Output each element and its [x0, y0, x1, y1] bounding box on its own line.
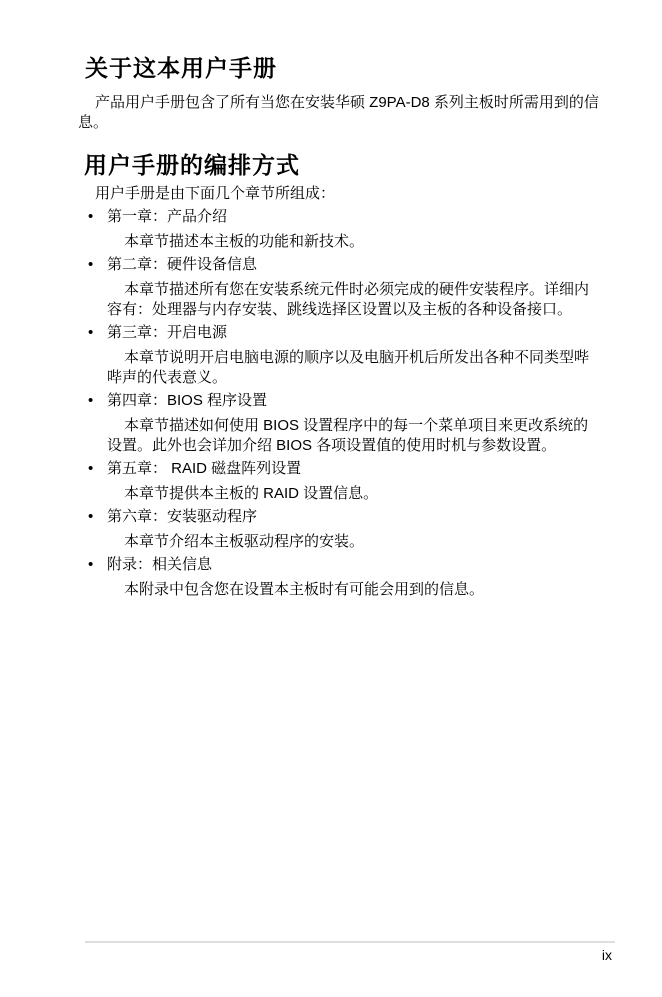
page-content: 关于这本用户手册 产品用户手册包含了所有当您在安装华硕 Z9PA-D8 系列主板…: [78, 54, 602, 602]
bullet-icon: •: [88, 507, 93, 527]
bullet-icon: •: [88, 391, 93, 411]
chapter-title: 第五章： RAID 磁盘阵列设置: [107, 460, 301, 477]
chapter-item: • 第二章：硬件设备信息 本章节描述所有您在安装系统元件时必须完成的硬件安装程序…: [78, 255, 602, 320]
bullet-icon: •: [88, 255, 93, 275]
intro-paragraph: 产品用户手册包含了所有当您在安装华硕 Z9PA-D8 系列主板时所需用到的信息。: [78, 93, 602, 133]
page-number: ix: [602, 947, 612, 963]
chapter-title: 第三章：开启电源: [107, 324, 227, 341]
chapter-description: 本章节介绍本主板驱动程序的安装。: [107, 532, 602, 552]
page-title: 关于这本用户手册: [85, 54, 602, 82]
manual-page: 关于这本用户手册 产品用户手册包含了所有当您在安装华硕 Z9PA-D8 系列主板…: [0, 0, 662, 997]
chapter-description: 本章节描述如何使用 BIOS 设置程序中的每一个菜单项目来更改系统的设置。此外也…: [107, 416, 602, 456]
chapter-item: • 第一章：产品介绍 本章节描述本主板的功能和新技术。: [78, 207, 602, 252]
chapter-item: • 第六章：安装驱动程序 本章节介绍本主板驱动程序的安装。: [78, 507, 602, 552]
chapter-title: 第一章：产品介绍: [107, 208, 227, 225]
chapter-title: 第四章：BIOS 程序设置: [107, 392, 267, 409]
bullet-icon: •: [88, 323, 93, 343]
chapter-item: • 第五章： RAID 磁盘阵列设置 本章节提供本主板的 RAID 设置信息。: [78, 459, 602, 504]
chapter-description: 本附录中包含您在设置本主板时有可能会用到的信息。: [107, 580, 602, 600]
bullet-icon: •: [88, 459, 93, 479]
chapter-description: 本章节描述所有您在安装系统元件时必须完成的硬件安装程序。详细内容有：处理器与内存…: [107, 280, 602, 320]
chapter-description: 本章节描述本主板的功能和新技术。: [107, 232, 602, 252]
section-title: 用户手册的编排方式: [84, 152, 602, 178]
chapter-item: • 第四章：BIOS 程序设置 本章节描述如何使用 BIOS 设置程序中的每一个…: [78, 391, 602, 456]
chapter-description: 本章节提供本主板的 RAID 设置信息。: [107, 484, 602, 504]
chapter-item: • 附录：相关信息 本附录中包含您在设置本主板时有可能会用到的信息。: [78, 555, 602, 600]
chapter-description: 本章节说明开启电脑电源的顺序以及电脑开机后所发出各种不同类型哔哔声的代表意义。: [107, 348, 602, 388]
bullet-icon: •: [88, 555, 93, 575]
chapter-title: 附录：相关信息: [107, 556, 212, 573]
chapter-list: • 第一章：产品介绍 本章节描述本主板的功能和新技术。 • 第二章：硬件设备信息…: [78, 207, 602, 600]
chapter-title: 第六章：安装驱动程序: [107, 508, 257, 525]
chapter-item: • 第三章：开启电源 本章节说明开启电脑电源的顺序以及电脑开机后所发出各种不同类…: [78, 323, 602, 388]
section-lead: 用户手册是由下面几个章节所组成：: [78, 184, 602, 204]
chapter-title: 第二章：硬件设备信息: [107, 256, 257, 273]
bullet-icon: •: [88, 207, 93, 227]
footer-divider: [85, 941, 615, 943]
